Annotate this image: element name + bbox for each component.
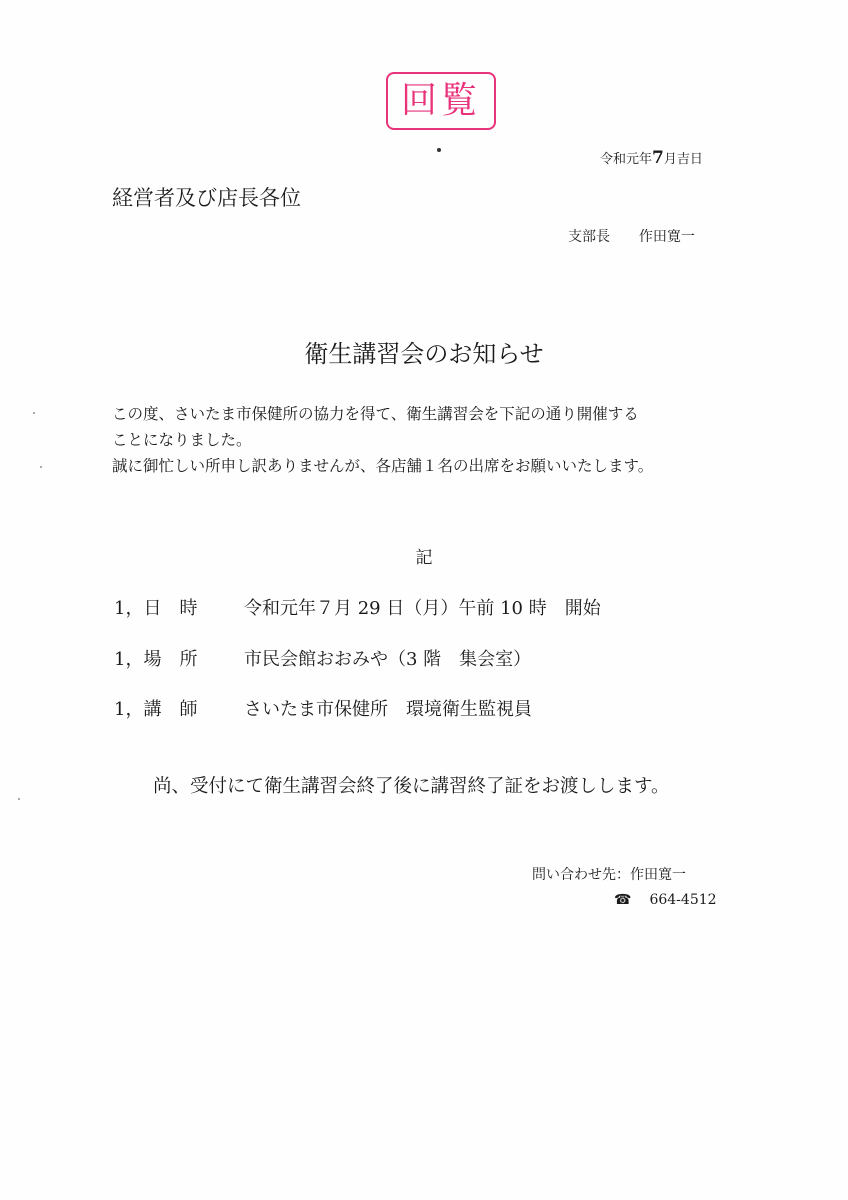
sender-name: 作田寛一 [639, 229, 695, 245]
addressee: 経営者及び店長各位 [112, 182, 301, 212]
item-datetime-label: 1，日 時 [114, 594, 197, 620]
body-line-3: 誠に御忙しい所申し訳ありませんが、各店舗１名の出席をお願いいたします。 [112, 454, 653, 476]
contact-phone: ☎664-4512 [614, 892, 717, 908]
closing-note: 尚、受付にて衛生講習会終了後に講習終了証をお渡しします。 [153, 772, 670, 798]
contact-label: 問い合わせ先：作田寛一 [532, 864, 686, 884]
scan-speck [40, 466, 42, 468]
stray-dot [437, 148, 441, 152]
phone-icon: ☎ [614, 892, 631, 908]
document-date: 令和元年7月吉日 [600, 148, 703, 168]
scan-speck [18, 798, 20, 800]
circulation-stamp: 回覧 [386, 72, 496, 130]
item-place-label: 1，場 所 [114, 645, 197, 671]
item-place-value: 市民会館おおみや（3 階 集会室） [244, 645, 531, 671]
sender-title: 支部長 [568, 229, 610, 245]
scan-speck [33, 412, 35, 414]
date-prefix: 令和元年 [600, 152, 652, 167]
item-lecturer-label: 1，講 師 [114, 695, 197, 721]
body-line-1: この度、さいたま市保健所の協力を得て、衛生講習会を下記の通り開催する [112, 402, 639, 424]
item-datetime-value: 令和元年７月 29 日（月）午前 10 時 開始 [244, 594, 601, 620]
date-suffix: 月吉日 [664, 152, 703, 167]
date-month: 7 [652, 148, 664, 168]
body-line-2: ことになりました。 [112, 428, 252, 450]
phone-number: 664-4512 [649, 892, 716, 908]
ki-heading: 記 [0, 543, 848, 568]
document-title: 衛生講習会のお知らせ [0, 334, 848, 369]
sender: 支部長 作田寛一 [568, 226, 695, 246]
item-lecturer-value: さいたま市保健所 環境衛生監視員 [244, 695, 532, 721]
